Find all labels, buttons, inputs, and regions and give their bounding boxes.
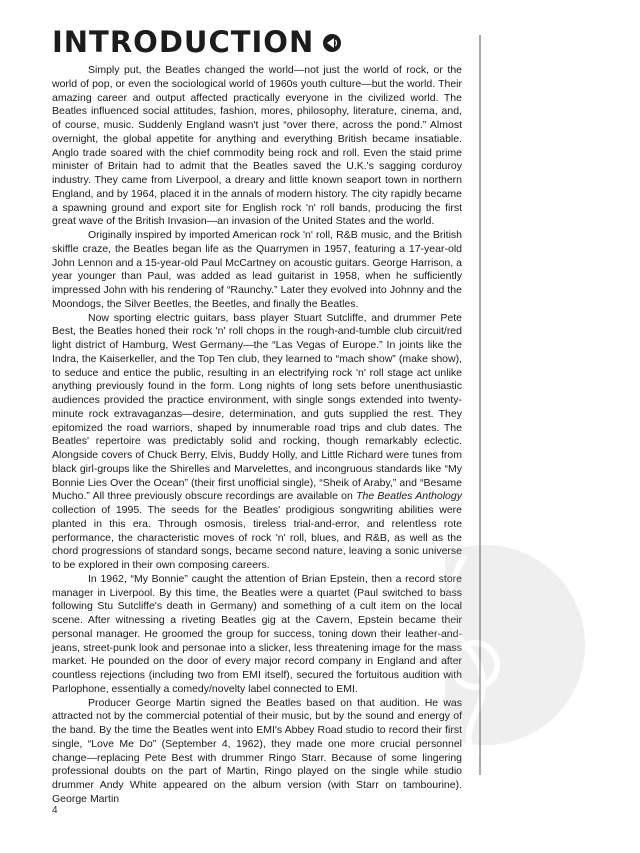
paragraph-5: Producer George Martin signed the Beatle… [52,697,462,807]
book-title-italic: The Beatles Anthology [356,490,462,502]
paragraph-3-text-a: Now sporting electric guitars, bass play… [52,312,462,503]
page-number: 4 [52,805,58,816]
title-row: INTRODUCTION [52,28,342,57]
audio-speaker-icon [322,33,342,53]
paragraph-3: Now sporting electric guitars, bass play… [52,312,462,573]
paragraph-3-text-b: collection of 1995. The seeds for the Be… [52,504,462,571]
paragraph-2: Originally inspired by imported American… [52,229,462,312]
body-text: Simply put, the Beatles changed the worl… [52,64,462,807]
document-page: INTRODUCTION Simply put, the Beatles cha… [0,0,640,853]
paragraph-4: In 1962, “My Bonnie” caught the attentio… [52,573,462,697]
page-title: INTRODUCTION [52,28,314,57]
watermark-clef-icon [445,545,595,760]
paragraph-1: Simply put, the Beatles changed the worl… [52,64,462,229]
vertical-margin-rule [479,35,481,775]
